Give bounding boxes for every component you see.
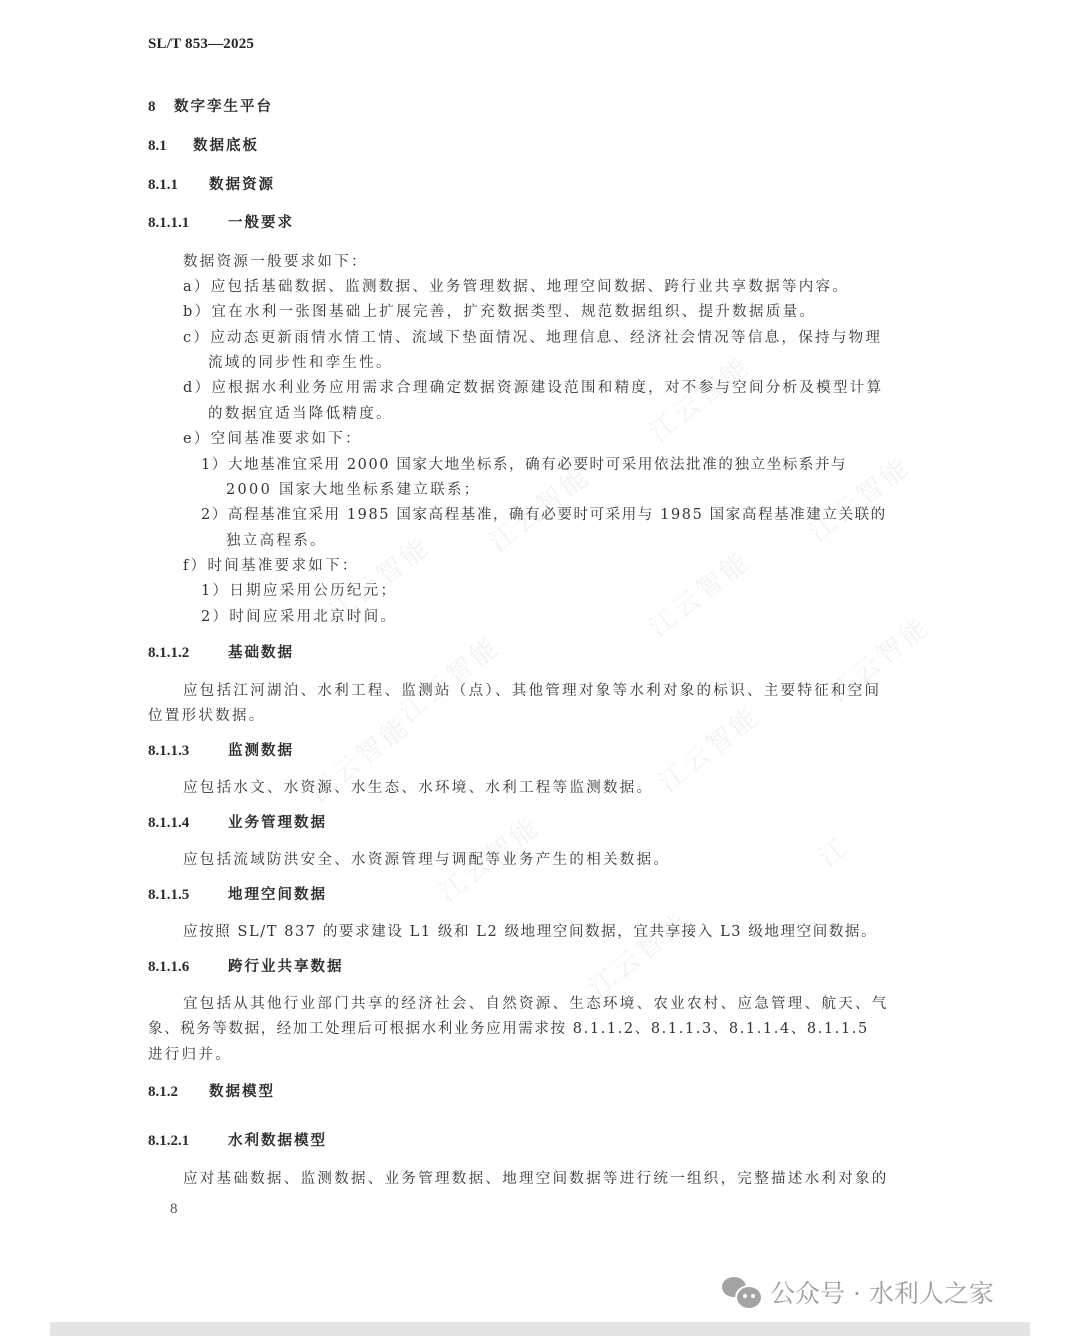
list-item-continuation: 的数据宜适当降低精度。	[208, 402, 393, 423]
heading-number: 8.1.1.5	[148, 887, 228, 904]
heading-title: 水利数据模型	[228, 1133, 327, 1149]
list-item-continuation: 流域的同步性和孪生性。	[208, 351, 393, 372]
heading-title: 监测数据	[228, 743, 294, 759]
watermark: 江云智能	[580, 901, 697, 1004]
page-number: 8	[170, 1201, 178, 1218]
sub-list-item: 1）大地基准宜采用 2000 国家大地坐标系，确有必要时可采用依法批准的独立坐标…	[201, 453, 847, 474]
bottom-bar	[50, 1322, 1030, 1336]
sub-list-item: 1）日期应采用公历纪元；	[201, 579, 397, 600]
section-heading: 8.1.1.2基础数据	[148, 641, 294, 662]
watermark: 江云智能	[640, 541, 757, 644]
section-heading: 8.1数据底板	[148, 134, 259, 155]
list-item: c）应动态更新雨情水情工情、流域下垫面情况、地理信息、经济社会情况等信息，保持与…	[183, 326, 882, 347]
paragraph-line: 应包括水文、水资源、水生态、水环境、水利工程等监测数据。	[183, 776, 653, 797]
chapter-heading: 8数字孪生平台	[148, 95, 273, 116]
paragraph-line: 位置形状数据。	[148, 704, 266, 725]
paragraph-line: 象、税务等数据，经加工处理后可根据水利业务应用需求按 8.1.1.2、8.1.1…	[148, 1017, 869, 1038]
heading-number: 8.1	[148, 138, 193, 155]
heading-title: 跨行业共享数据	[228, 959, 344, 975]
paragraph-line: 应按照 SL/T 837 的要求建设 L1 级和 L2 级地理空间数据，宜共享接…	[183, 920, 877, 941]
paragraph-line: 进行归并。	[148, 1043, 232, 1064]
list-item: e）空间基准要求如下：	[183, 427, 362, 448]
heading-title: 一般要求	[228, 215, 294, 231]
heading-number: 8.1.1	[148, 177, 209, 194]
paragraph-line: 应包括流域防洪安全、水资源管理与调配等业务产生的相关数据。	[183, 848, 670, 869]
heading-title: 地理空间数据	[228, 887, 327, 903]
footer-brand-label: 公众号 · 水利人之家	[770, 1274, 994, 1310]
heading-number: 8.1.1.2	[148, 645, 228, 662]
list-item: a）应包括基础数据、监测数据、业务管理数据、地理空间数据、跨行业共享数据等内容。	[183, 275, 849, 296]
list-item: b）宜在水利一张图基础上扩展完善，扩充数据类型、规范数据组织、提升数据质量。	[183, 300, 816, 321]
heading-number: 8.1.1.1	[148, 215, 228, 232]
section-heading: 8.1.2.1水利数据模型	[148, 1129, 327, 1150]
section-heading: 8.1.1.3监测数据	[148, 739, 294, 760]
sub-list-item-continuation: 2000 国家大地坐标系建立联系；	[226, 478, 481, 499]
sub-list-item: 2）时间应采用北京时间。	[201, 605, 397, 626]
section-heading: 8.1.1数据资源	[148, 173, 275, 194]
section-heading: 8.1.1.1一般要求	[148, 211, 294, 232]
list-item: f）时间基准要求如下：	[183, 554, 359, 575]
heading-title: 业务管理数据	[228, 815, 327, 831]
watermark: 江云智能	[640, 346, 757, 449]
paragraph-line: 数据资源一般要求如下：	[183, 250, 368, 271]
footer-brand: 公众号 · 水利人之家	[722, 1274, 994, 1310]
paragraph-line: 应对基础数据、监测数据、业务管理数据、地理空间数据等进行统一组织，完整描述水利对…	[183, 1167, 889, 1188]
heading-number: 8.1.2	[148, 1084, 209, 1101]
paragraph-line: 应包括江河湖泊、水利工程、监测站（点）、其他管理对象等水利对象的标识、主要特征和…	[183, 679, 881, 700]
heading-number: 8.1.2.1	[148, 1133, 228, 1150]
heading-title: 数据底板	[193, 138, 259, 154]
heading-number: 8.1.1.6	[148, 959, 228, 976]
watermark: 江	[810, 827, 856, 875]
sub-list-item-continuation: 独立高程系。	[226, 529, 327, 550]
heading-number: 8.1.1.4	[148, 815, 228, 832]
heading-title: 基础数据	[228, 645, 294, 661]
heading-title: 数字孪生平台	[174, 99, 273, 115]
sub-list-item: 2）高程基准宜采用 1985 国家高程基准，确有必要时可采用与 1985 国家高…	[201, 503, 887, 524]
wechat-icon	[722, 1275, 762, 1309]
section-heading: 8.1.2数据模型	[148, 1080, 275, 1101]
list-item: d）应根据水利业务应用需求合理确定数据资源建设范围和精度，对不参与空间分析及模型…	[183, 376, 883, 397]
watermark: 江云智能	[650, 696, 767, 799]
section-heading: 8.1.1.4业务管理数据	[148, 811, 327, 832]
watermark: 江云智能	[390, 626, 507, 729]
paragraph-line: 宜包括从其他行业部门共享的经济社会、自然资源、生态环境、农业农村、应急管理、航天…	[183, 992, 889, 1013]
standard-code: SL/T 853—2025	[148, 36, 254, 53]
heading-title: 数据资源	[209, 177, 275, 193]
document-page: 江云智能 江云智能 江云智能 江云智能 江云智能 江云智能 江云智能 江云智能 …	[0, 0, 1080, 1336]
heading-title: 数据模型	[209, 1084, 275, 1100]
heading-number: 8.1.1.3	[148, 743, 228, 760]
section-heading: 8.1.1.5地理空间数据	[148, 883, 327, 904]
heading-number: 8	[148, 99, 174, 116]
section-heading: 8.1.1.6跨行业共享数据	[148, 955, 344, 976]
